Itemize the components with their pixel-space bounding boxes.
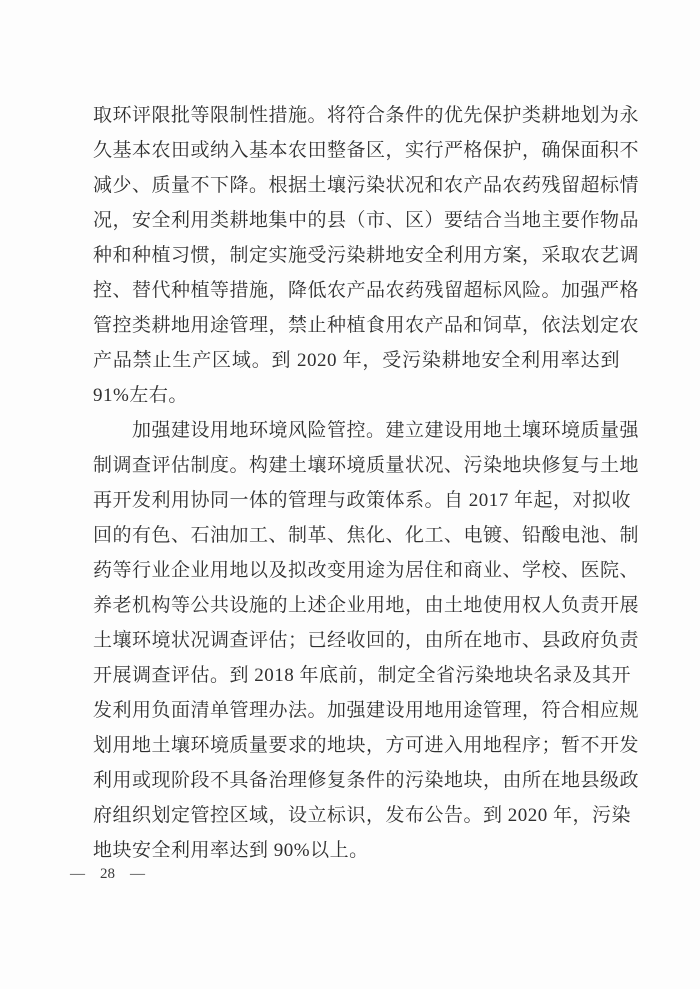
- paragraph-1: 取环评限批等限制性措施。将符合条件的优先保护类耕地划为永 久基本农田或纳入基本农…: [93, 98, 620, 413]
- paragraph-2: 加强建设用地环境风险管控。建立建设用地土壤环境质量强 制调查评估制度。构建土壤环…: [93, 413, 620, 868]
- text-line: 种和种植习惯，制定实施受污染耕地安全利用方案，采取农艺调: [93, 238, 620, 273]
- page-number-footer: — 28 —: [70, 866, 145, 883]
- document-page: 取环评限批等限制性措施。将符合条件的优先保护类耕地划为永 久基本农田或纳入基本农…: [0, 0, 700, 989]
- text-line: 药等行业企业用地以及拟改变用途为居住和商业、学校、医院、: [93, 553, 620, 588]
- text-line: 况，安全利用类耕地集中的县（市、区）要结合当地主要作物品: [93, 203, 620, 238]
- text-line: 管控类耕地用途管理，禁止种植食用农产品和饲草，依法划定农: [93, 308, 620, 343]
- text-line: 减少、质量不下降。根据土壤污染状况和农产品农药残留超标情: [93, 168, 620, 203]
- text-line: 地块安全利用率达到 90%以上。: [93, 833, 620, 868]
- text-line: 土壤环境状况调查评估；已经收回的，由所在地市、县政府负责: [93, 623, 620, 658]
- footer-right-dash: —: [130, 866, 145, 883]
- text-line: 发利用负面清单管理办法。加强建设用地用途管理，符合相应规: [93, 693, 620, 728]
- text-line: 控、替代种植等措施，降低农产品农药残留超标风险。加强严格: [93, 273, 620, 308]
- text-line: 取环评限批等限制性措施。将符合条件的优先保护类耕地划为永: [93, 98, 620, 133]
- text-line: 产品禁止生产区域。到 2020 年，受污染耕地安全利用率达到: [93, 343, 620, 378]
- text-line: 利用或现阶段不具备治理修复条件的污染地块，由所在地县级政: [93, 763, 620, 798]
- text-line: 加强建设用地环境风险管控。建立建设用地土壤环境质量强: [93, 413, 620, 448]
- text-line: 府组织划定管控区域，设立标识，发布公告。到 2020 年，污染: [93, 798, 620, 833]
- text-line: 91%左右。: [93, 378, 620, 413]
- text-line: 划用地土壤环境质量要求的地块，方可进入用地程序；暂不开发: [93, 728, 620, 763]
- text-line: 制调查评估制度。构建土壤环境质量状况、污染地块修复与土地: [93, 448, 620, 483]
- text-line: 久基本农田或纳入基本农田整备区，实行严格保护，确保面积不: [93, 133, 620, 168]
- text-line: 养老机构等公共设施的上述企业用地，由土地使用权人负责开展: [93, 588, 620, 623]
- page-number: 28: [100, 866, 115, 883]
- body-text: 取环评限批等限制性措施。将符合条件的优先保护类耕地划为永 久基本农田或纳入基本农…: [93, 98, 620, 868]
- text-line: 回的有色、石油加工、制革、焦化、化工、电镀、铅酸电池、制: [93, 518, 620, 553]
- text-line: 开展调查评估。到 2018 年底前，制定全省污染地块名录及其开: [93, 658, 620, 693]
- text-line: 再开发利用协同一体的管理与政策体系。自 2017 年起，对拟收: [93, 483, 620, 518]
- footer-left-dash: —: [70, 866, 85, 883]
